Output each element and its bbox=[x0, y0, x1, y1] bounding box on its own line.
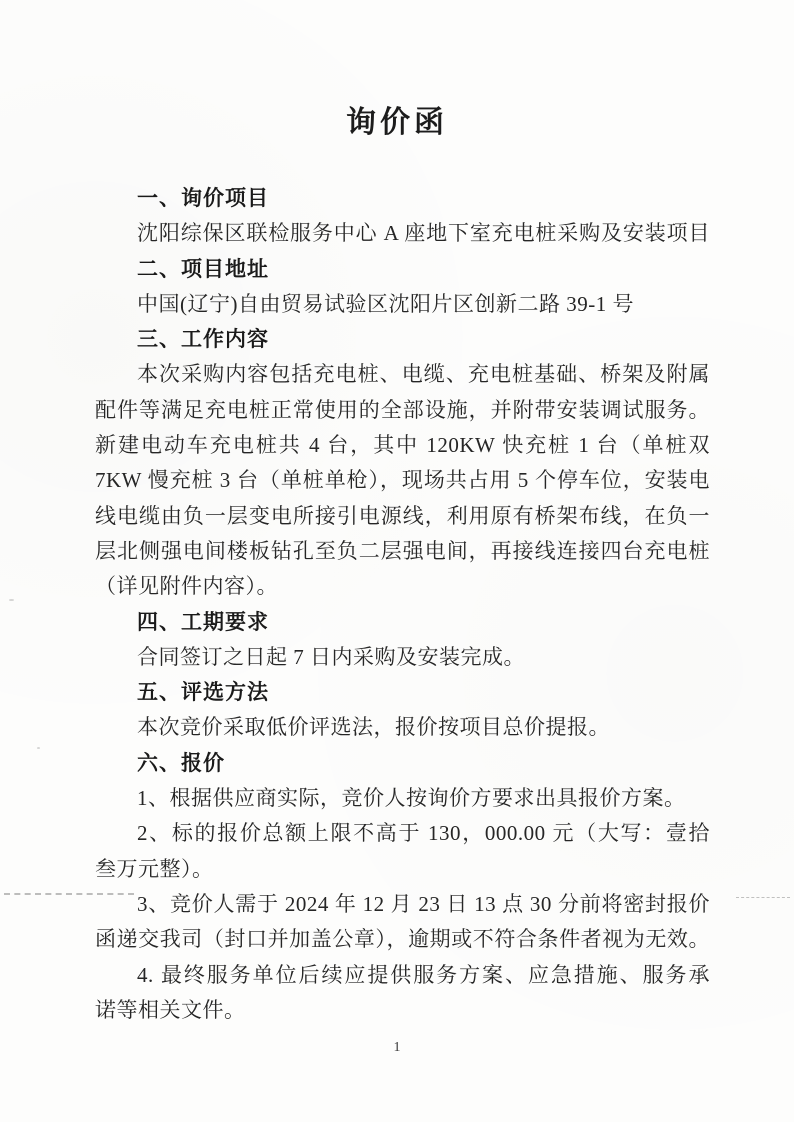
text-line: （详见附件内容）。 bbox=[95, 569, 710, 604]
section-heading: 五、评选方法 bbox=[95, 675, 710, 710]
text-line: 配件等满足充电桩正常使用的全部设施，并附带安装调试服务。 bbox=[95, 393, 710, 428]
text-line: 线电缆由负一层变电所接引电源线，利用原有桥架布线，在负一 bbox=[95, 499, 710, 534]
text-line: 合同签订之日起 7 日内采购及安装完成。 bbox=[95, 640, 710, 675]
scan-speck bbox=[150, 876, 159, 878]
section-heading: 四、工期要求 bbox=[95, 605, 710, 640]
text-line: 2、标的报价总额上限不高于 130，000.00 元（大写：壹拾 bbox=[95, 816, 710, 851]
text-line: 沈阳综保区联检服务中心 A 座地下室充电桩采购及安装项目 bbox=[95, 216, 710, 251]
scan-artifact-dashes-left bbox=[4, 893, 134, 895]
section-heading: 三、工作内容 bbox=[95, 322, 710, 357]
section-heading: 一、询价项目 bbox=[95, 181, 710, 216]
text-line: 函递交我司（封口并加盖公章），逾期或不符合条件者视为无效。 bbox=[95, 922, 710, 957]
page-number: 1 bbox=[0, 1040, 794, 1056]
document-title: 询价函 bbox=[0, 103, 794, 143]
text-line: 7KW 慢充桩 3 台（单桩单枪），现场共占用 5 个停车位，安装电 bbox=[95, 463, 710, 498]
section-heading: 二、项目地址 bbox=[95, 252, 710, 287]
text-line: 诺等相关文件。 bbox=[95, 993, 710, 1028]
text-line: 新建电动车充电桩共 4 台，其中 120KW 快充桩 1 台（单桩双枪）， bbox=[95, 428, 710, 463]
text-line: 本次采购内容包括充电桩、电缆、充电桩基础、桥架及附属 bbox=[95, 357, 710, 392]
text-line: 4. 最终服务单位后续应提供服务方案、应急措施、服务承 bbox=[95, 958, 710, 993]
text-line: 叁万元整）。 bbox=[95, 852, 710, 887]
text-line: 层北侧强电间楼板钻孔至负二层强电间，再接线连接四台充电桩 bbox=[95, 534, 710, 569]
text-line: 1、根据供应商实际，竞价人按询价方要求出具报价方案。 bbox=[95, 781, 710, 816]
scan-speck bbox=[37, 747, 40, 749]
scan-speck bbox=[9, 599, 14, 601]
section-heading: 六、报价 bbox=[95, 746, 710, 781]
text-line: 3、竞价人需于 2024 年 12 月 23 日 13 点 30 分前将密封报价 bbox=[95, 887, 710, 922]
scan-speck bbox=[699, 372, 702, 374]
text-line: 中国(辽宁)自由贸易试验区沈阳片区创新二路 39-1 号 bbox=[95, 287, 710, 322]
document-page: 询价函 一、询价项目沈阳综保区联检服务中心 A 座地下室充电桩采购及安装项目二、… bbox=[0, 0, 794, 1122]
text-line: 本次竞价采取低价评选法，报价按项目总价提报。 bbox=[95, 710, 710, 745]
scan-artifact-dashes-right bbox=[736, 897, 790, 898]
document-body: 一、询价项目沈阳综保区联检服务中心 A 座地下室充电桩采购及安装项目二、项目地址… bbox=[95, 181, 710, 1028]
